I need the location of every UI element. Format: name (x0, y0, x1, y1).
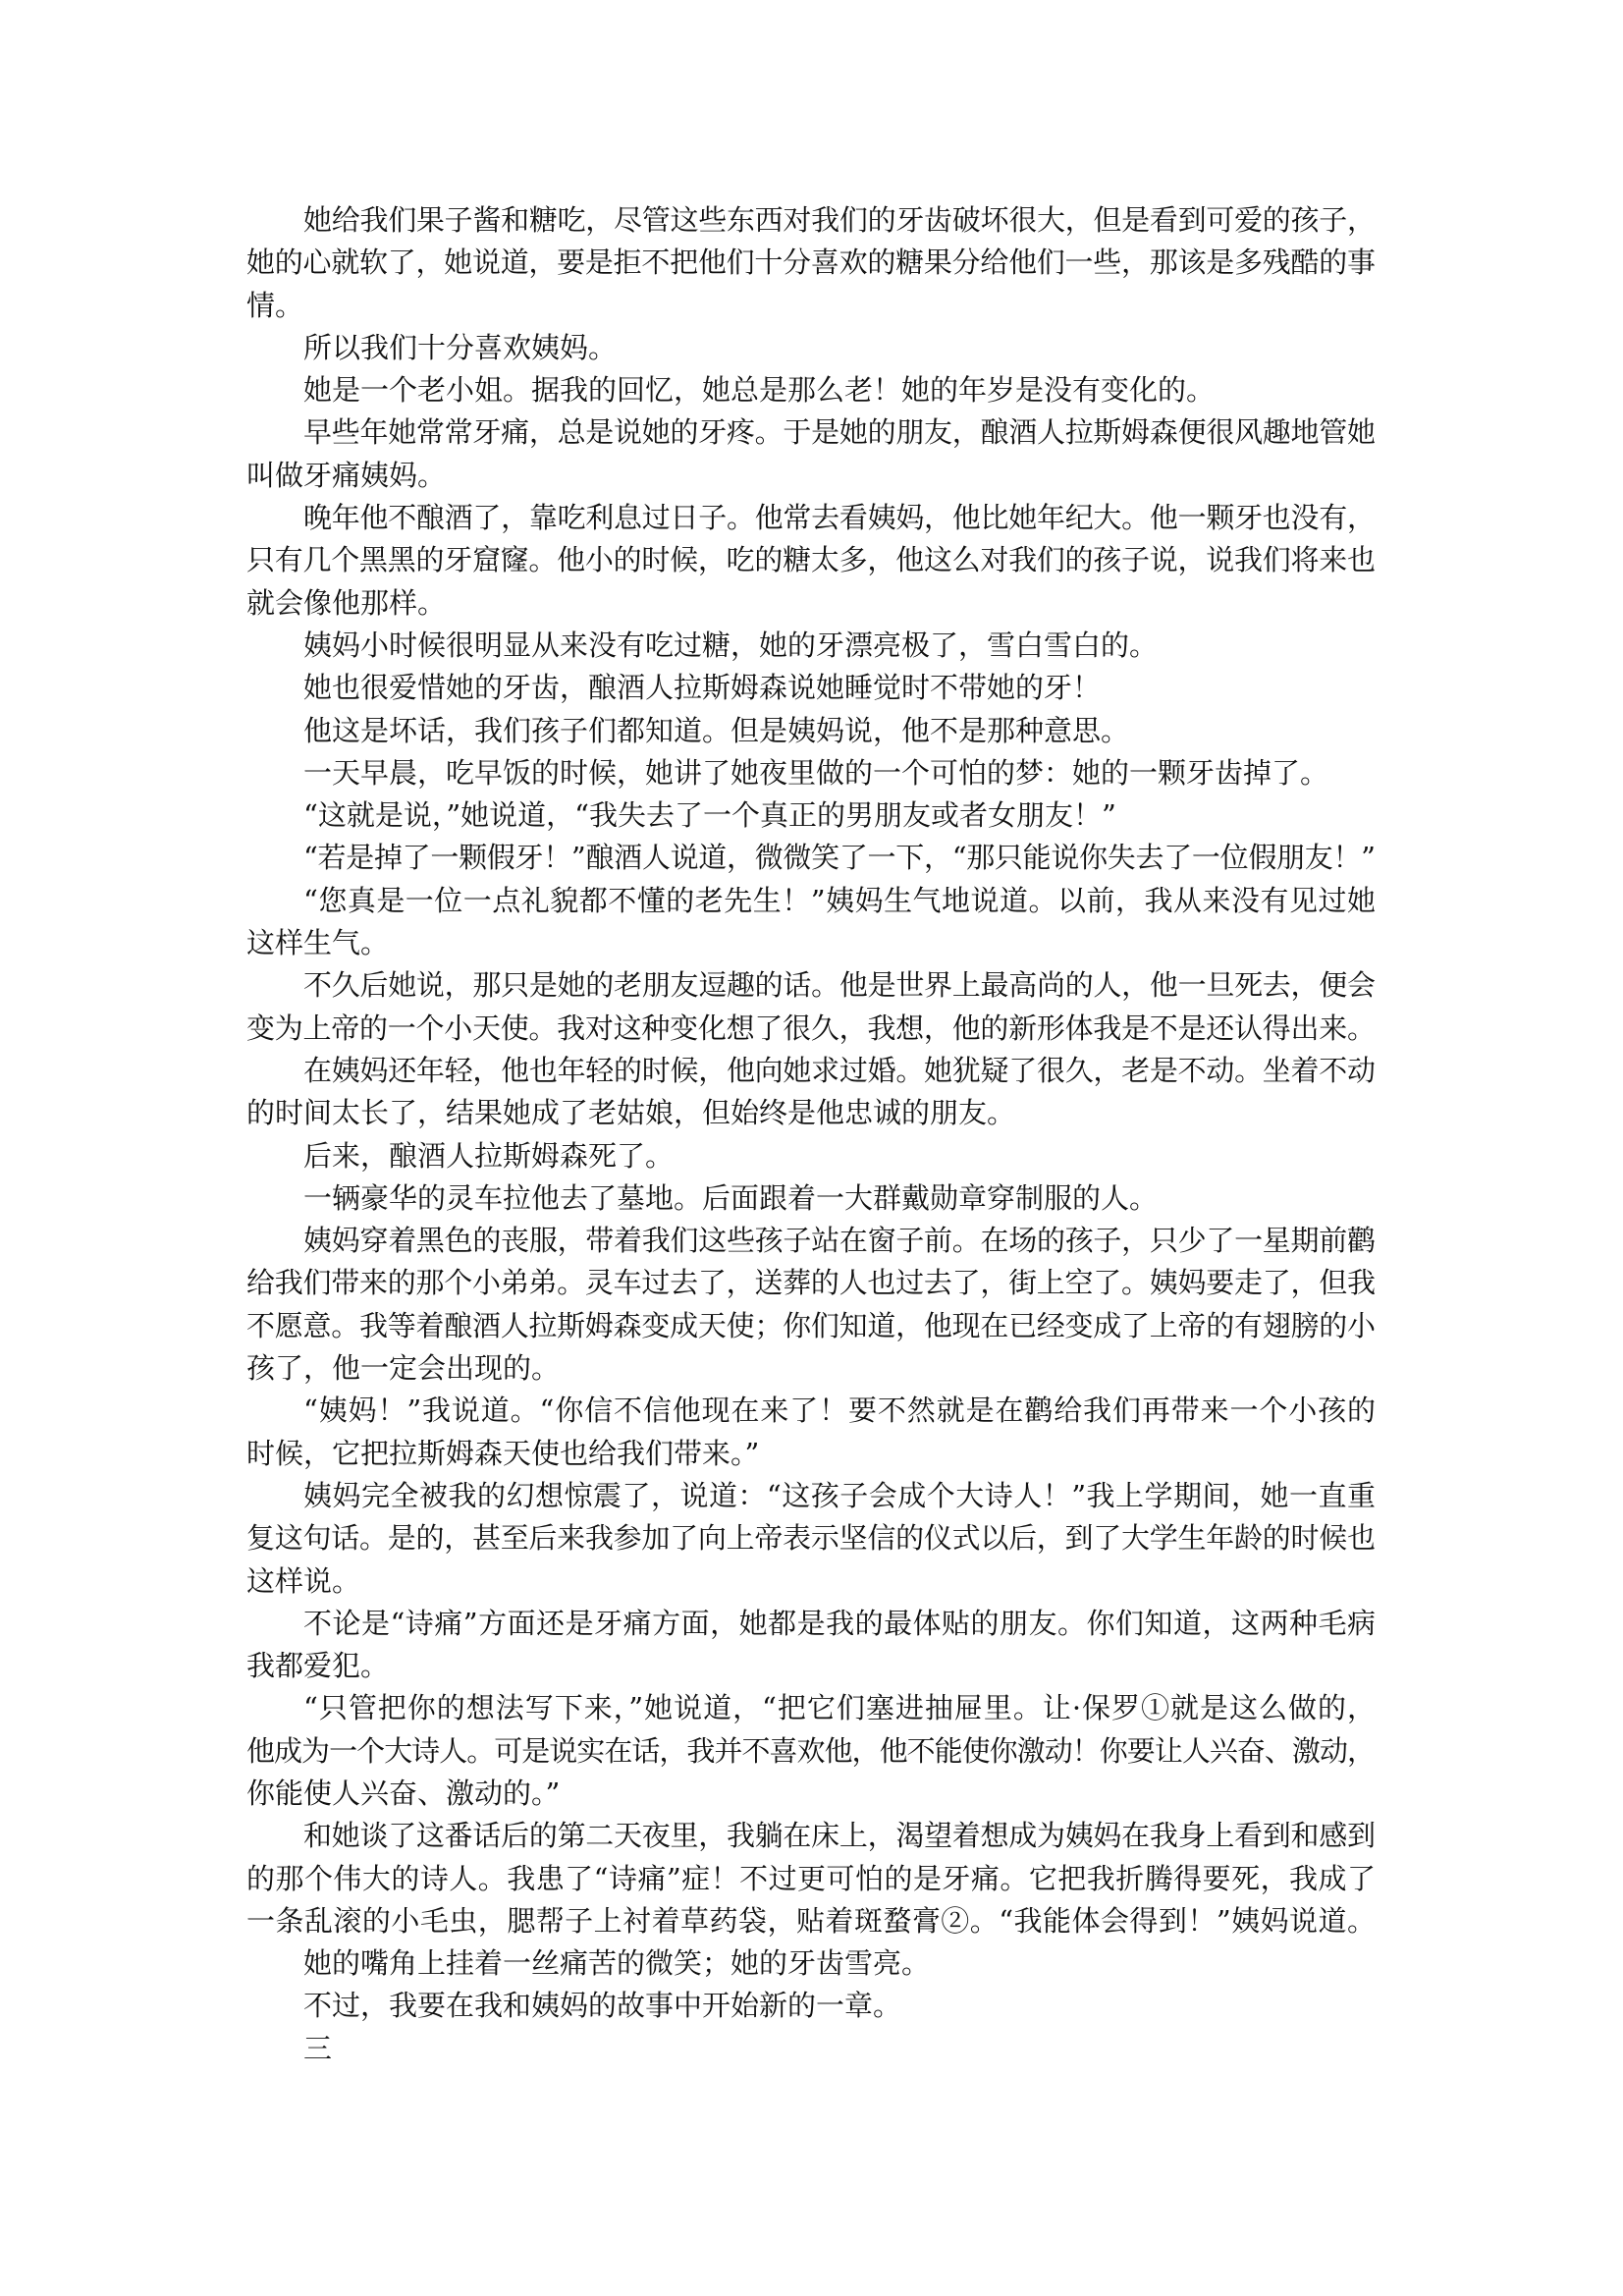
text-line: “您真是一位一点礼貌都不懂的老先生！”姨妈生气地说道。以前，我从来没有见过她 (246, 880, 1376, 922)
paragraph: 不过，我要在我和姨妈的故事中开始新的一章。 (246, 1985, 1376, 2027)
text-line: 复这句话。是的，甚至后来我参加了向上帝表示坚信的仪式以后，到了大学生年龄的时候也 (246, 1517, 1376, 1559)
text-line: 时候，它把拉斯姆森天使也给我们带来。” (246, 1433, 1376, 1475)
text-line: 不久后她说，那只是她的老朋友逗趣的话。他是世界上最高尚的人，他一旦死去，便会 (246, 964, 1376, 1007)
paragraph: 姨妈小时候很明显从来没有吃过糖，她的牙漂亮极了，雪白雪白的。 (246, 625, 1376, 667)
paragraph: “姨妈！”我说道。“你信不信他现在来了！要不然就是在鹳给我们再带来一个小孩的时候… (246, 1390, 1376, 1475)
text-line: 一辆豪华的灵车拉他去了墓地。后面跟着一大群戴勋章穿制服的人。 (246, 1177, 1376, 1220)
paragraph: 她是一个老小姐。据我的回忆，她总是那么老！她的年岁是没有变化的。 (246, 369, 1376, 411)
paragraph: 一天早晨，吃早饭的时候，她讲了她夜里做的一个可怕的梦：她的一颗牙齿掉了。 (246, 752, 1376, 794)
text-line: 的那个伟大的诗人。我患了“诗痛”症！不过更可怕的是牙痛。它把我折腾得要死，我成了 (246, 1858, 1376, 1900)
paragraph: “只管把你的想法写下来，”她说道，“把它们塞进抽屉里。让·保罗①就是这么做的，他… (246, 1687, 1376, 1815)
text-line: 三 (246, 2028, 1376, 2070)
paragraph: 晚年他不酿酒了，靠吃利息过日子。他常去看姨妈，他比她年纪大。他一颗牙也没有，只有… (246, 497, 1376, 625)
text-line: 叫做牙痛姨妈。 (246, 455, 1376, 497)
text-line: 变为上帝的一个小天使。我对这种变化想了很久，我想，他的新形体我是不是还认得出来。 (246, 1008, 1376, 1050)
paragraph: 她给我们果子酱和糖吃，尽管这些东西对我们的牙齿破坏很大，但是看到可爱的孩子，她的… (246, 199, 1376, 327)
text-line: 姨妈完全被我的幻想惊震了，说道：“这孩子会成个大诗人！”我上学期间，她一直重 (246, 1475, 1376, 1517)
document-page: 她给我们果子酱和糖吃，尽管这些东西对我们的牙齿破坏很大，但是看到可爱的孩子，她的… (246, 199, 1376, 2070)
paragraph: 不论是“诗痛”方面还是牙痛方面，她都是我的最体贴的朋友。你们知道，这两种毛病我都… (246, 1603, 1376, 1688)
paragraph: 所以我们十分喜欢姨妈。 (246, 327, 1376, 369)
text-line: 孩了，他一定会出现的。 (246, 1347, 1376, 1390)
text-line: 姨妈穿着黑色的丧服，带着我们这些孩子站在窗子前。在场的孩子，只少了一星期前鹳 (246, 1220, 1376, 1262)
paragraph: 后来，酿酒人拉斯姆森死了。 (246, 1135, 1376, 1177)
text-line: 就会像他那样。 (246, 582, 1376, 625)
paragraph: 他这是坏话，我们孩子们都知道。但是姨妈说，他不是那种意思。 (246, 710, 1376, 752)
text-line: “姨妈！”我说道。“你信不信他现在来了！要不然就是在鹳给我们再带来一个小孩的 (246, 1390, 1376, 1432)
paragraph: 她也很爱惜她的牙齿，酿酒人拉斯姆森说她睡觉时不带她的牙！ (246, 667, 1376, 709)
text-line: 她的嘴角上挂着一丝痛苦的微笑；她的牙齿雪亮。 (246, 1942, 1376, 1985)
paragraph: 和她谈了这番话后的第二天夜里，我躺在床上，渴望着想成为姨妈在我身上看到和感到的那… (246, 1815, 1376, 1942)
text-line: 早些年她常常牙痛，总是说她的牙疼。于是她的朋友，酿酒人拉斯姆森便很风趣地管她 (246, 411, 1376, 454)
text-line: 一条乱滚的小毛虫，腮帮子上衬着草药袋，贴着斑蝥膏②。“我能体会得到！”姨妈说道。 (246, 1900, 1376, 1942)
text-line: 我都爱犯。 (246, 1645, 1376, 1687)
text-line: 你能使人兴奋、激动的。” (246, 1773, 1376, 1815)
text-line: 的时间太长了，结果她成了老姑娘，但始终是他忠诚的朋友。 (246, 1092, 1376, 1134)
text-line: 不论是“诗痛”方面还是牙痛方面，她都是我的最体贴的朋友。你们知道，这两种毛病 (246, 1603, 1376, 1645)
paragraph: 她的嘴角上挂着一丝痛苦的微笑；她的牙齿雪亮。 (246, 1942, 1376, 1985)
text-line: 他这是坏话，我们孩子们都知道。但是姨妈说，他不是那种意思。 (246, 710, 1376, 752)
paragraph: 在姨妈还年轻，他也年轻的时候，他向她求过婚。她犹疑了很久，老是不动。坐着不动的时… (246, 1050, 1376, 1135)
text-line: 这样说。 (246, 1560, 1376, 1603)
paragraph: 姨妈穿着黑色的丧服，带着我们这些孩子站在窗子前。在场的孩子，只少了一星期前鹳给我… (246, 1220, 1376, 1390)
text-line: 一天早晨，吃早饭的时候，她讲了她夜里做的一个可怕的梦：她的一颗牙齿掉了。 (246, 752, 1376, 794)
section-heading: 三 (246, 2028, 1376, 2070)
text-line: 不过，我要在我和姨妈的故事中开始新的一章。 (246, 1985, 1376, 2027)
text-line: 给我们带来的那个小弟弟。灵车过去了，送葬的人也过去了，街上空了。姨妈要走了，但我 (246, 1262, 1376, 1304)
paragraph: 早些年她常常牙痛，总是说她的牙疼。于是她的朋友，酿酒人拉斯姆森便很风趣地管她叫做… (246, 411, 1376, 497)
text-line: 这样生气。 (246, 922, 1376, 964)
text-line: 只有几个黑黑的牙窟窿。他小的时候，吃的糖太多，他这么对我们的孩子说，说我们将来也 (246, 539, 1376, 581)
paragraph: “您真是一位一点礼貌都不懂的老先生！”姨妈生气地说道。以前，我从来没有见过她这样… (246, 880, 1376, 965)
text-line: 她给我们果子酱和糖吃，尽管这些东西对我们的牙齿破坏很大，但是看到可爱的孩子， (246, 199, 1376, 242)
text-line: 和她谈了这番话后的第二天夜里，我躺在床上，渴望着想成为姨妈在我身上看到和感到 (246, 1815, 1376, 1857)
text-line: “只管把你的想法写下来，”她说道，“把它们塞进抽屉里。让·保罗①就是这么做的， (246, 1687, 1376, 1729)
text-line: 她的心就软了，她说道，要是拒不把他们十分喜欢的糖果分给他们一些，那该是多残酷的事 (246, 242, 1376, 284)
paragraph: 一辆豪华的灵车拉他去了墓地。后面跟着一大群戴勋章穿制服的人。 (246, 1177, 1376, 1220)
text-line: 她也很爱惜她的牙齿，酿酒人拉斯姆森说她睡觉时不带她的牙！ (246, 667, 1376, 709)
paragraph: 姨妈完全被我的幻想惊震了，说道：“这孩子会成个大诗人！”我上学期间，她一直重复这… (246, 1475, 1376, 1603)
text-line: “若是掉了一颗假牙！”酿酒人说道，微微笑了一下，“那只能说你失去了一位假朋友！” (246, 837, 1376, 879)
text-line: 后来，酿酒人拉斯姆森死了。 (246, 1135, 1376, 1177)
text-line: 她是一个老小姐。据我的回忆，她总是那么老！她的年岁是没有变化的。 (246, 369, 1376, 411)
paragraph: “若是掉了一颗假牙！”酿酒人说道，微微笑了一下，“那只能说你失去了一位假朋友！” (246, 837, 1376, 879)
text-line: 晚年他不酿酒了，靠吃利息过日子。他常去看姨妈，他比她年纪大。他一颗牙也没有， (246, 497, 1376, 539)
text-line: 不愿意。我等着酿酒人拉斯姆森变成天使；你们知道，他现在已经变成了上帝的有翅膀的小 (246, 1305, 1376, 1347)
text-line: “这就是说，”她说道，“我失去了一个真正的男朋友或者女朋友！” (246, 794, 1376, 837)
text-line: 姨妈小时候很明显从来没有吃过糖，她的牙漂亮极了，雪白雪白的。 (246, 625, 1376, 667)
paragraph: 不久后她说，那只是她的老朋友逗趣的话。他是世界上最高尚的人，他一旦死去，便会变为… (246, 964, 1376, 1050)
text-line: 在姨妈还年轻，他也年轻的时候，他向她求过婚。她犹疑了很久，老是不动。坐着不动 (246, 1050, 1376, 1092)
paragraph: “这就是说，”她说道，“我失去了一个真正的男朋友或者女朋友！” (246, 794, 1376, 837)
text-line: 情。 (246, 285, 1376, 327)
text-line: 他成为一个大诗人。可是说实在话，我并不喜欢他，他不能使你激动！你要让人兴奋、激动… (246, 1730, 1376, 1773)
text-line: 所以我们十分喜欢姨妈。 (246, 327, 1376, 369)
